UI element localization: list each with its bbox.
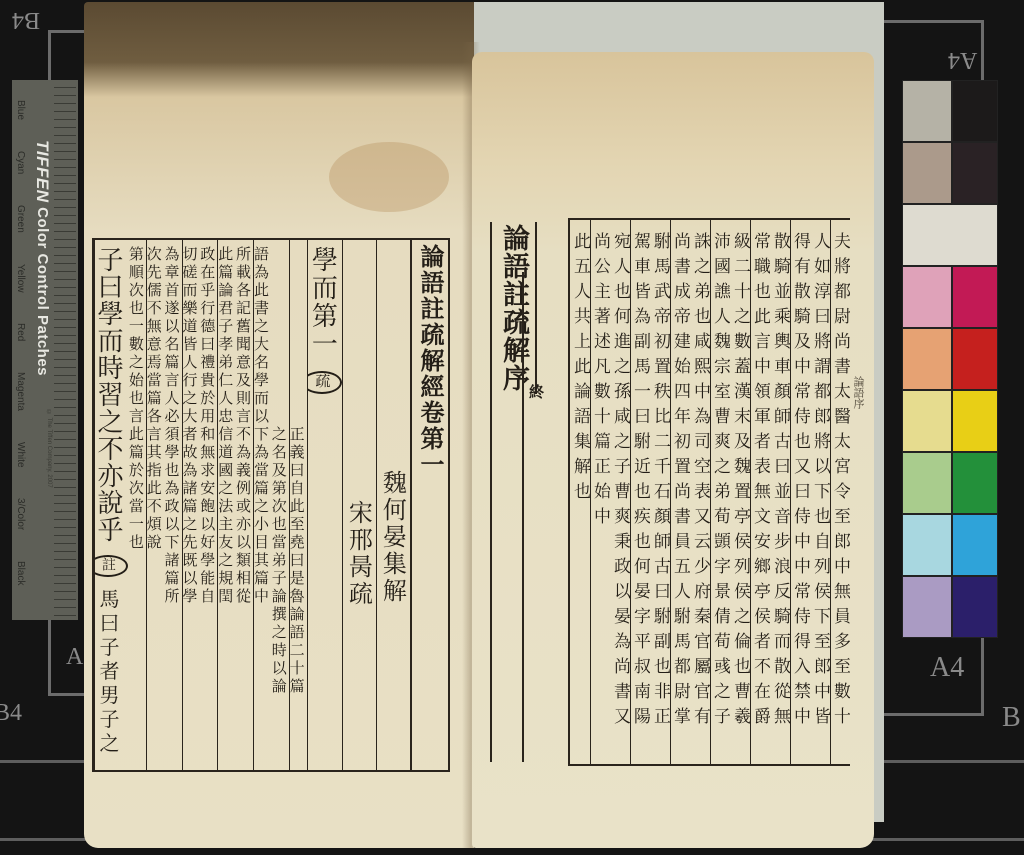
- zhu-mark: 註: [94, 555, 128, 577]
- annotator-xing-bing: 宋邢昺疏: [344, 500, 372, 608]
- patch-peach: [902, 328, 952, 390]
- volume-title: 論語註疏解經卷第一: [416, 244, 445, 478]
- color-label: Cyan: [15, 151, 26, 174]
- preface-column: 散騎並乘輿車顏師古曰並音步浪反騎而散從無: [770, 220, 790, 764]
- margin-note: 論語序: [850, 376, 866, 409]
- strip-title: Color Control Patches: [34, 207, 51, 376]
- color-label: White: [15, 442, 26, 468]
- preface-column: 級二十之數蓋漢末及魏置亭侯列侯之倫也曹羲: [730, 220, 750, 764]
- label-top-left: B4: [12, 6, 40, 33]
- color-label: Green: [15, 205, 26, 233]
- preface-column: 宛人也何進之孫咸之子曹爽秉政以晏為尚書又: [610, 220, 630, 764]
- label-right-bottom: A4: [930, 652, 964, 684]
- label-top-right: A4: [948, 46, 977, 73]
- commentary-column: 次先儒不無意焉當篇各言其指此不煩說: [146, 240, 164, 770]
- preface-column: 人如淳曰將謂都郎將以下也自列侯下至郎中皆: [810, 220, 830, 764]
- end-mark: 終: [526, 384, 547, 399]
- preface-column: 尚公主著述凡數十篇正始中: [590, 220, 610, 764]
- color-label: 3/Color: [15, 498, 26, 530]
- patch-yellow: [952, 390, 998, 452]
- preface-column: 駙馬武帝初置秩比二千石顏師古曰駙副也非正: [650, 220, 670, 764]
- rule-line: [490, 392, 492, 762]
- annotator-he-yan: 魏何晏集解: [378, 470, 406, 605]
- preface-column: 此五人共上此論語集解也: [570, 220, 590, 764]
- patch-pink: [902, 266, 952, 328]
- patch-dark-brown: [952, 142, 998, 204]
- patch-black: [952, 80, 998, 142]
- commentary-column: 此篇論君子孝弟仁人忠信道國之法主友之規閏: [217, 240, 235, 770]
- copyright: © The Tiffen Company, 2007: [46, 410, 52, 488]
- rule-line: [522, 272, 524, 762]
- right-text-block: 夫將都尉尚書太醫太宮令至郎中無員多至數十 人如淳曰將謂都郎將以下也自列侯下至郎中…: [568, 218, 850, 766]
- title-column: 論語註疏解經卷第一: [410, 240, 448, 770]
- label-right-edge: B: [1002, 702, 1021, 734]
- preface-column: 得有散騎及中常侍也又曰侍中中常侍得入禁中: [790, 220, 810, 764]
- color-label: Blue: [15, 100, 26, 120]
- left-text-block: 論語註疏解經卷第一 魏何晏集解 宋邢昺疏 學而第一 疏 正義曰自此至堯曰是魯論語…: [92, 238, 450, 772]
- preface-column: 沛國譙人魏宗室曹爽之弟荀顗字景倩荀彧之子: [710, 220, 730, 764]
- commentary-column: 正義曰自此至堯曰是魯論語二十篇: [289, 240, 307, 770]
- patch-blue: [952, 576, 998, 638]
- commentary-column: 政在乎行德曰禮貴於用和無求安飽以好學能自: [199, 240, 217, 770]
- color-patch-chart: [902, 80, 998, 638]
- patch-light-green: [902, 452, 952, 514]
- commentary-column: 為章首遂以名篇言人必須學也為政以下諸篇所: [164, 240, 182, 770]
- commentary-column: 所載各記舊聞意及則言不為義例或亦以類相從: [235, 240, 253, 770]
- label-left-mid: A: [66, 644, 83, 671]
- color-label: Yellow: [15, 264, 26, 293]
- patch-gray-warm: [902, 142, 952, 204]
- patch-gray-light: [902, 80, 952, 142]
- color-label: Red: [15, 323, 26, 341]
- color-label: Magenta: [15, 372, 26, 411]
- preface-column: 誅之弟也咸熙中為司空表又云少府秦官屬官有: [690, 220, 710, 764]
- patch-magenta: [952, 266, 998, 328]
- main-text-column: 子曰學而時習之不亦說乎 註 馬曰子者男子之通稱: [94, 240, 128, 770]
- water-stain: [329, 142, 449, 212]
- preface-column: 尚書成帝建始四年初置尚書員五人駙馬都尉掌: [670, 220, 690, 764]
- left-page: 論語註疏解經卷第一 魏何晏集解 宋邢昺疏 學而第一 疏 正義曰自此至堯曰是魯論語…: [84, 2, 474, 848]
- patch-cyan: [952, 514, 998, 576]
- chapter-column: 學而第一 疏: [307, 240, 343, 770]
- commentary-column: 切磋而樂道皆人行之大者故為諸篇之先既以學: [182, 240, 200, 770]
- right-page: 論語註疏解序 終 夫將都尉尚書太醫太宮令至郎中無員多至數十 人如淳曰將謂都郎將以…: [472, 52, 874, 848]
- author-column: 魏何晏集解: [376, 240, 410, 770]
- commentary-column: 第順次也一數之始也言此篇於次當一也: [128, 240, 146, 770]
- author-column: 宋邢昺疏: [342, 240, 376, 770]
- patch-light-cyan: [902, 514, 952, 576]
- label-left-bottom: B4: [0, 700, 22, 727]
- preface-column: 常職也此言中領軍者表無文安鄉亭侯者不在爵: [750, 220, 770, 764]
- patch-white: [902, 204, 998, 266]
- patch-lavender: [902, 576, 952, 638]
- patch-light-yellow: [902, 390, 952, 452]
- tiffen-color-strip: Blue Cyan Green Yellow Red Magenta White…: [12, 80, 78, 620]
- brand-name: TIFFEN: [33, 140, 52, 203]
- patch-green: [952, 452, 998, 514]
- open-book: 論語註疏解經卷第一 魏何晏集解 宋邢昺疏 學而第一 疏 正義曰自此至堯曰是魯論語…: [84, 2, 884, 852]
- chapter-title: 學而第一: [307, 246, 337, 358]
- commentary-column: 之名及第次也當弟子論撰之時以論: [271, 240, 289, 770]
- ruler: [54, 80, 76, 620]
- color-label-list: Blue Cyan Green Yellow Red Magenta White…: [15, 100, 26, 614]
- color-label: Black: [15, 561, 26, 585]
- preface-column: 夫將都尉尚書太醫太宮令至郎中無員多至數十: [830, 220, 850, 764]
- shu-mark: 疏: [307, 371, 343, 394]
- patch-red: [952, 328, 998, 390]
- commentary-column: 語為此書之大名學而以下為當篇之小目其篇中: [253, 240, 271, 770]
- main-text: 子曰學而時習之不亦說乎: [94, 246, 123, 543]
- preface-title: 論語註疏解序: [490, 222, 537, 394]
- tiffen-brand: TIFFEN Color Control Patches: [32, 140, 52, 376]
- preface-column: 駕車皆為副馬一曰駙近也疾也何晏字平叔南陽: [630, 220, 650, 764]
